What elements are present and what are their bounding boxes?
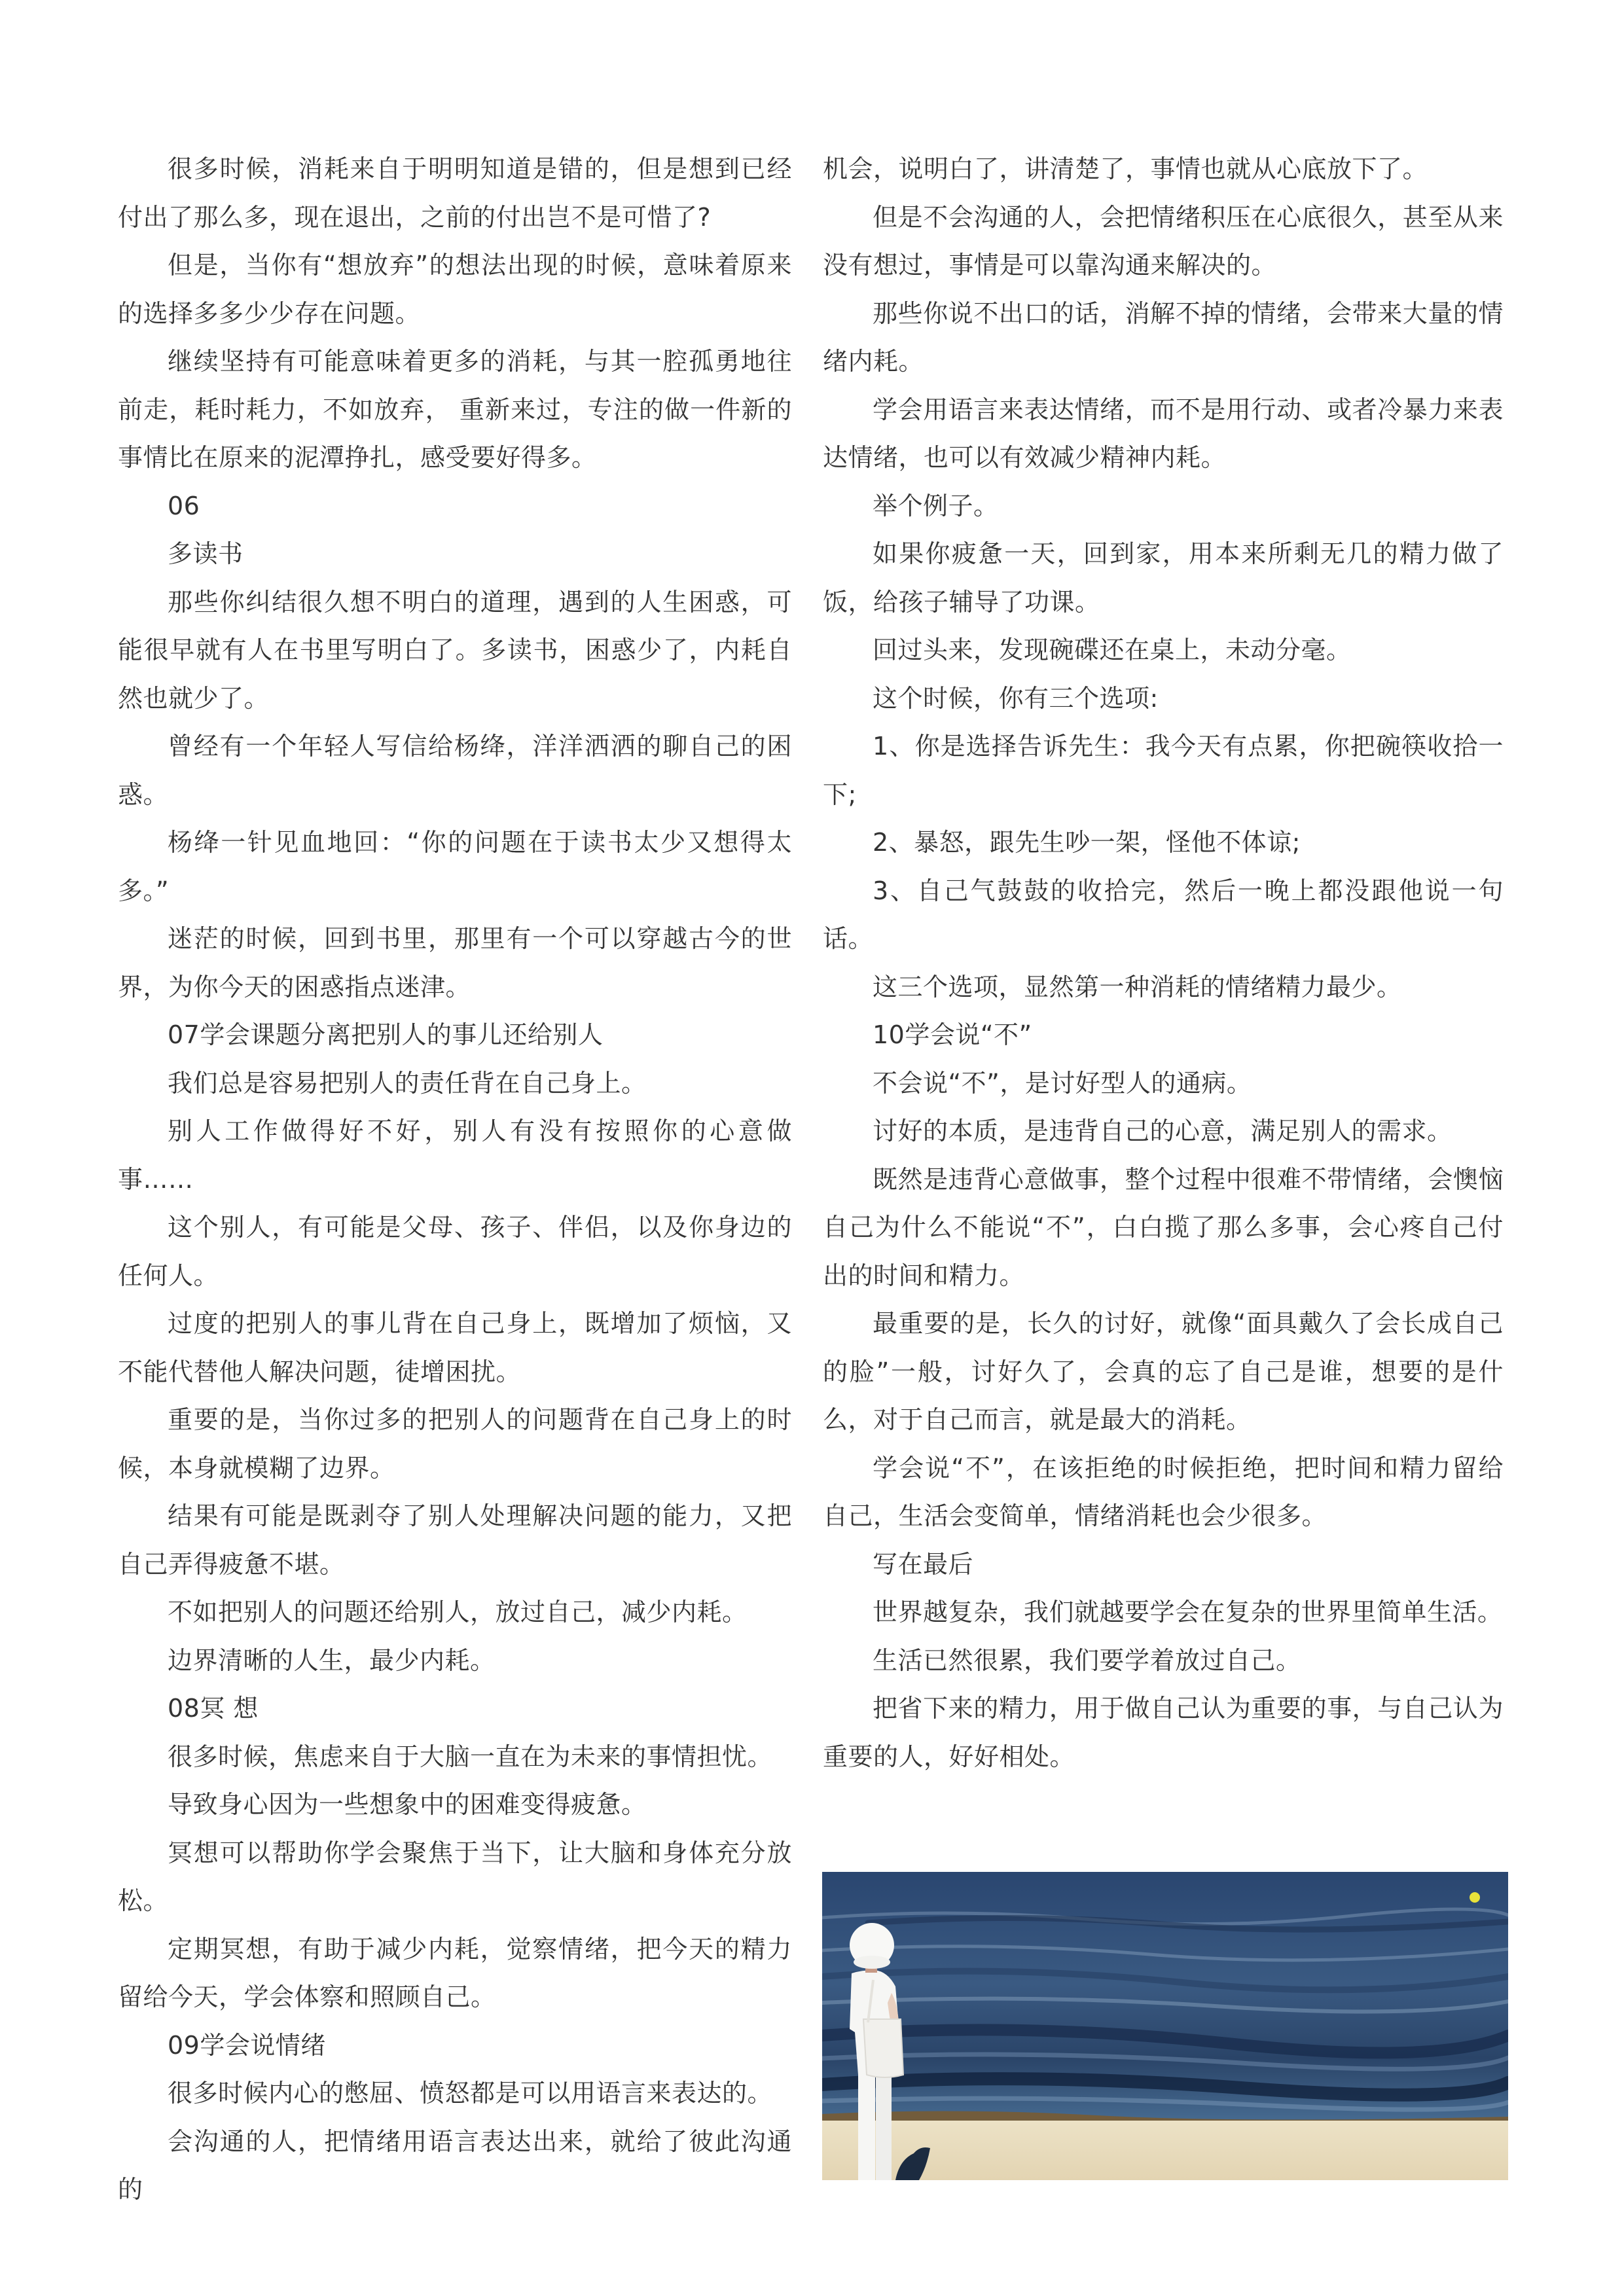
paragraph: 不如把别人的问题还给别人，放过自己，减少内耗。 — [118, 1588, 792, 1637]
list-item-option-2: 2、暴怒，跟先生吵一架，怪他不体谅; — [823, 819, 1504, 867]
section-heading: 09学会说情绪 — [118, 2022, 792, 2070]
section-heading: 多读书 — [118, 530, 792, 579]
section-heading: 10学会说“不” — [823, 1011, 1504, 1060]
paragraph: 重要的是，当你过多的把别人的问题背在自己身上的时候，本身就模糊了边界。 — [118, 1396, 792, 1492]
paragraph: 导致身心因为一些想象中的困难变得疲惫。 — [118, 1781, 792, 1829]
section-heading: 07学会课题分离把别人的事儿还给别人 — [118, 1011, 792, 1060]
paragraph: 这三个选项，显然第一种消耗的情绪精力最少。 — [823, 963, 1504, 1012]
paragraph: 学会用语言来表达情绪，而不是用行动、或者冷暴力来表达情绪，也可以有效减少精神内耗… — [823, 386, 1504, 482]
paragraph: 我们总是容易把别人的责任背在自己身上。 — [118, 1060, 792, 1108]
paragraph: 曾经有一个年轻人写信给杨绛，洋洋洒洒的聊自己的困惑。 — [118, 723, 792, 819]
right-text-column: 机会，说明白了，讲清楚了，事情也就从心底放下了。 但是不会沟通的人，会把情绪积压… — [823, 145, 1504, 1781]
section-heading: 写在最后 — [823, 1541, 1504, 1589]
paragraph: 定期冥想，有助于减少内耗，觉察情绪，把今天的精力留给今天，学会体察和照顾自己。 — [118, 1926, 792, 2022]
paragraph: 迷茫的时候，回到书里，那里有一个可以穿越古今的世界，为你今天的困惑指点迷津。 — [118, 915, 792, 1011]
paragraph: 冥想可以帮助你学会聚焦于当下，让大脑和身体充分放松。 — [118, 1829, 792, 1926]
paragraph: 这个别人，有可能是父母、孩子、伴侣，以及你身边的任何人。 — [118, 1204, 792, 1300]
beach-photo — [822, 1872, 1508, 2180]
paragraph: 结果有可能是既剥夺了别人处理解决问题的能力，又把自己弄得疲惫不堪。 — [118, 1492, 792, 1588]
list-item-option-3: 3、自己气鼓鼓的收拾完，然后一晚上都没跟他说一句话。 — [823, 867, 1504, 963]
document-page: 很多时候，消耗来自于明明知道是错的，但是想到已经付出了那么多，现在退出，之前的付… — [0, 0, 1624, 2296]
beach-scene-image — [822, 1872, 1508, 2180]
paragraph: 学会说“不”，在该拒绝的时候拒绝，把时间和精力留给自己，生活会变简单，情绪消耗也… — [823, 1444, 1504, 1541]
paragraph: 回过头来，发现碗碟还在桌上，未动分毫。 — [823, 626, 1504, 675]
paragraph: 边界清晰的人生，最少内耗。 — [118, 1637, 792, 1685]
quote-paragraph: 杨绛一针见血地回：“你的问题在于读书太少又想得太多。” — [118, 819, 792, 915]
section-number: 06 — [118, 482, 792, 531]
paragraph: 把省下来的精力，用于做自己认为重要的事，与自己认为重要的人，好好相处。 — [823, 1685, 1504, 1781]
paragraph: 过度的把别人的事儿背在自己身上，既增加了烦恼，又不能代替他人解决问题，徒增困扰。 — [118, 1300, 792, 1396]
paragraph: 世界越复杂，我们就越要学会在复杂的世界里简单生活。 — [823, 1588, 1504, 1637]
paragraph: 举个例子。 — [823, 482, 1504, 531]
paragraph: 如果你疲惫一天，回到家，用本来所剩无几的精力做了饭，给孩子辅导了功课。 — [823, 530, 1504, 626]
paragraph: 这个时候，你有三个选项: — [823, 675, 1504, 723]
left-text-column: 很多时候，消耗来自于明明知道是错的，但是想到已经付出了那么多，现在退出，之前的付… — [118, 145, 792, 2214]
paragraph: 那些你说不出口的话，消解不掉的情绪，会带来大量的情绪内耗。 — [823, 290, 1504, 386]
paragraph: 很多时候，消耗来自于明明知道是错的，但是想到已经付出了那么多，现在退出，之前的付… — [118, 145, 792, 242]
paragraph: 最重要的是，长久的讨好，就像“面具戴久了会长成自己的脸”一般，讨好久了，会真的忘… — [823, 1300, 1504, 1444]
paragraph: 很多时候内心的憋屈、愤怒都是可以用语言来表达的。 — [118, 2070, 792, 2118]
paragraph: 会沟通的人，把情绪用语言表达出来，就给了彼此沟通的 — [118, 2118, 792, 2214]
paragraph: 不会说“不”，是讨好型人的通病。 — [823, 1060, 1504, 1108]
paragraph: 但是不会沟通的人，会把情绪积压在心底很久，甚至从来没有想过，事情是可以靠沟通来解… — [823, 194, 1504, 290]
paragraph: 生活已然很累，我们要学着放过自己。 — [823, 1637, 1504, 1685]
paragraph: 讨好的本质，是违背自己的心意，满足别人的需求。 — [823, 1107, 1504, 1156]
list-item-option-1: 1、你是选择告诉先生：我今天有点累，你把碗筷收拾一下; — [823, 723, 1504, 819]
paragraph: 但是，当你有“想放弃”的想法出现的时候，意味着原来的选择多多少少存在问题。 — [118, 242, 792, 338]
paragraph-continuation: 机会，说明白了，讲清楚了，事情也就从心底放下了。 — [823, 145, 1504, 194]
section-heading: 08冥 想 — [118, 1685, 792, 1733]
buoy-icon — [1470, 1892, 1480, 1903]
paragraph: 那些你纠结很久想不明白的道理，遇到的人生困惑，可能很早就有人在书里写明白了。多读… — [118, 579, 792, 723]
paragraph: 继续坚持有可能意味着更多的消耗，与其一腔孤勇地往前走，耗时耗力，不如放弃， 重新… — [118, 338, 792, 482]
paragraph: 很多时候，焦虑来自于大脑一直在为未来的事情担忧。 — [118, 1733, 792, 1782]
paragraph: 既然是违背心意做事，整个过程中很难不带情绪，会懊恼自己为什么不能说“不”，白白揽… — [823, 1156, 1504, 1300]
paragraph: 别人工作做得好不好，别人有没有按照你的心意做事…… — [118, 1107, 792, 1204]
